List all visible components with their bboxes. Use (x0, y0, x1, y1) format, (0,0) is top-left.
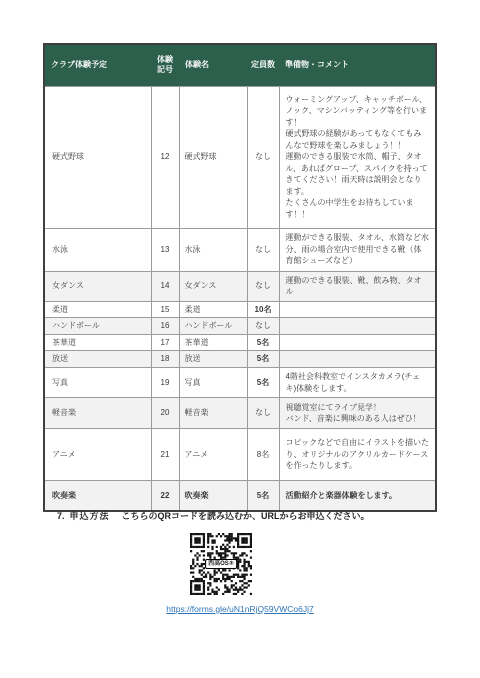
table-row: 柔道 15 柔道 10名 (44, 301, 436, 318)
cell-comment (279, 351, 436, 368)
cell-experience-name: 放送 (179, 351, 247, 368)
signup-form-link[interactable]: https://forms.gle/uN1nRjQ59VWCo6Jj7 (0, 604, 480, 614)
table-row: ハンドボール 16 ハンドボール なし (44, 318, 436, 335)
table-row: 吹奏楽 22 吹奏楽 5名 活動紹介と楽器体験をします。 (44, 481, 436, 511)
cell-club-name: 吹奏楽 (44, 481, 151, 511)
cell-capacity: 8名 (247, 429, 279, 481)
cell-club-name: 軽音楽 (44, 398, 151, 429)
table-row: 茶華道 17 茶華道 5名 (44, 334, 436, 351)
cell-capacity: 5名 (247, 334, 279, 351)
qr-label: 西高OS③ (205, 559, 237, 569)
cell-experience-name: 吹奏楽 (179, 481, 247, 511)
cell-comment: コピックなどで自由にイラストを描いたり、オリジナルのアクリルカードケースを作った… (279, 429, 436, 481)
cell-experience-name: アニメ (179, 429, 247, 481)
cell-experience-name: 写真 (179, 368, 247, 398)
cell-capacity: なし (247, 86, 279, 228)
cell-experience-code: 17 (151, 334, 179, 351)
table-body: 硬式野球 12 硬式野球 なし ウォーミングアップ、キャッチボール、ノック、マシ… (44, 86, 436, 511)
table-row: 放送 18 放送 5名 (44, 351, 436, 368)
cell-capacity: 5名 (247, 351, 279, 368)
header-cell: 準備物・コメント (279, 44, 436, 86)
cell-comment: 運動ができる服装、タオル、水筒など水分、雨の場合室内で使用できる靴（体育館シュー… (279, 228, 436, 271)
cell-comment: ウォーミングアップ、キャッチボール、ノック、マシンバッティング等を行います！ 硬… (279, 86, 436, 228)
cell-experience-name: 軽音楽 (179, 398, 247, 429)
cell-club-name: ハンドボール (44, 318, 151, 335)
cell-experience-code: 13 (151, 228, 179, 271)
cell-capacity: なし (247, 228, 279, 271)
cell-capacity: 10名 (247, 301, 279, 318)
cell-comment: 視聴覚室にてライブ見学！ バンド、音楽に興味のある人はぜひ！ (279, 398, 436, 429)
club-schedule-table: クラブ体験予定体験 記号体験名定員数準備物・コメント 硬式野球 12 硬式野球 … (43, 43, 437, 512)
table-row: 水泳 13 水泳 なし 運動ができる服装、タオル、水筒など水分、雨の場合室内で使… (44, 228, 436, 271)
apply-number: 7. (57, 511, 65, 521)
cell-experience-code: 21 (151, 429, 179, 481)
apply-instruction: こちらのQRコードを読み込むか、URLからお申込ください。 (122, 509, 370, 522)
cell-capacity: 5名 (247, 368, 279, 398)
cell-experience-code: 18 (151, 351, 179, 368)
cell-club-name: 放送 (44, 351, 151, 368)
cell-experience-name: ハンドボール (179, 318, 247, 335)
cell-experience-name: 水泳 (179, 228, 247, 271)
cell-club-name: 硬式野球 (44, 86, 151, 228)
cell-club-name: アニメ (44, 429, 151, 481)
table-row: 写真 19 写真 5名 4階社会科教室でインスタカメラ(チェキ)体験をします。 (44, 368, 436, 398)
cell-experience-name: 柔道 (179, 301, 247, 318)
cell-capacity: 5名 (247, 481, 279, 511)
table-row: 女ダンス 14 女ダンス なし 運動のできる服装、靴、飲み物、タオル (44, 271, 436, 301)
cell-experience-code: 16 (151, 318, 179, 335)
table-row: 硬式野球 12 硬式野球 なし ウォーミングアップ、キャッチボール、ノック、マシ… (44, 86, 436, 228)
cell-experience-code: 15 (151, 301, 179, 318)
cell-comment (279, 318, 436, 335)
header-cell: 体験 記号 (151, 44, 179, 86)
table-row: アニメ 21 アニメ 8名 コピックなどで自由にイラストを描いたり、オリジナルの… (44, 429, 436, 481)
cell-comment: 4階社会科教室でインスタカメラ(チェキ)体験をします。 (279, 368, 436, 398)
cell-experience-name: 茶華道 (179, 334, 247, 351)
cell-club-name: 写真 (44, 368, 151, 398)
table-header-row: クラブ体験予定体験 記号体験名定員数準備物・コメント (44, 44, 436, 86)
cell-comment (279, 334, 436, 351)
cell-experience-code: 12 (151, 86, 179, 228)
document-page: クラブ体験予定体験 記号体験名定員数準備物・コメント 硬式野球 12 硬式野球 … (0, 0, 480, 678)
header-cell: クラブ体験予定 (44, 44, 151, 86)
cell-club-name: 柔道 (44, 301, 151, 318)
table-header: クラブ体験予定体験 記号体験名定員数準備物・コメント (44, 44, 436, 86)
header-cell: 体験名 (179, 44, 247, 86)
cell-club-name: 水泳 (44, 228, 151, 271)
cell-capacity: なし (247, 271, 279, 301)
cell-experience-name: 硬式野球 (179, 86, 247, 228)
cell-comment (279, 301, 436, 318)
header-cell: 定員数 (247, 44, 279, 86)
cell-experience-code: 22 (151, 481, 179, 511)
cell-comment: 運動のできる服装、靴、飲み物、タオル (279, 271, 436, 301)
cell-club-name: 女ダンス (44, 271, 151, 301)
cell-comment: 活動紹介と楽器体験をします。 (279, 481, 436, 511)
qr-code: 西高OS③ (190, 533, 252, 595)
cell-experience-name: 女ダンス (179, 271, 247, 301)
apply-title: 申込方法 (70, 509, 110, 522)
table-row: 軽音楽 20 軽音楽 なし 視聴覚室にてライブ見学！ バンド、音楽に興味のある人… (44, 398, 436, 429)
cell-experience-code: 20 (151, 398, 179, 429)
cell-club-name: 茶華道 (44, 334, 151, 351)
cell-capacity: なし (247, 318, 279, 335)
apply-method-line: 7. 申込方法 こちらのQRコードを読み込むか、URLからお申込ください。 (57, 509, 370, 522)
cell-capacity: なし (247, 398, 279, 429)
cell-experience-code: 19 (151, 368, 179, 398)
cell-experience-code: 14 (151, 271, 179, 301)
